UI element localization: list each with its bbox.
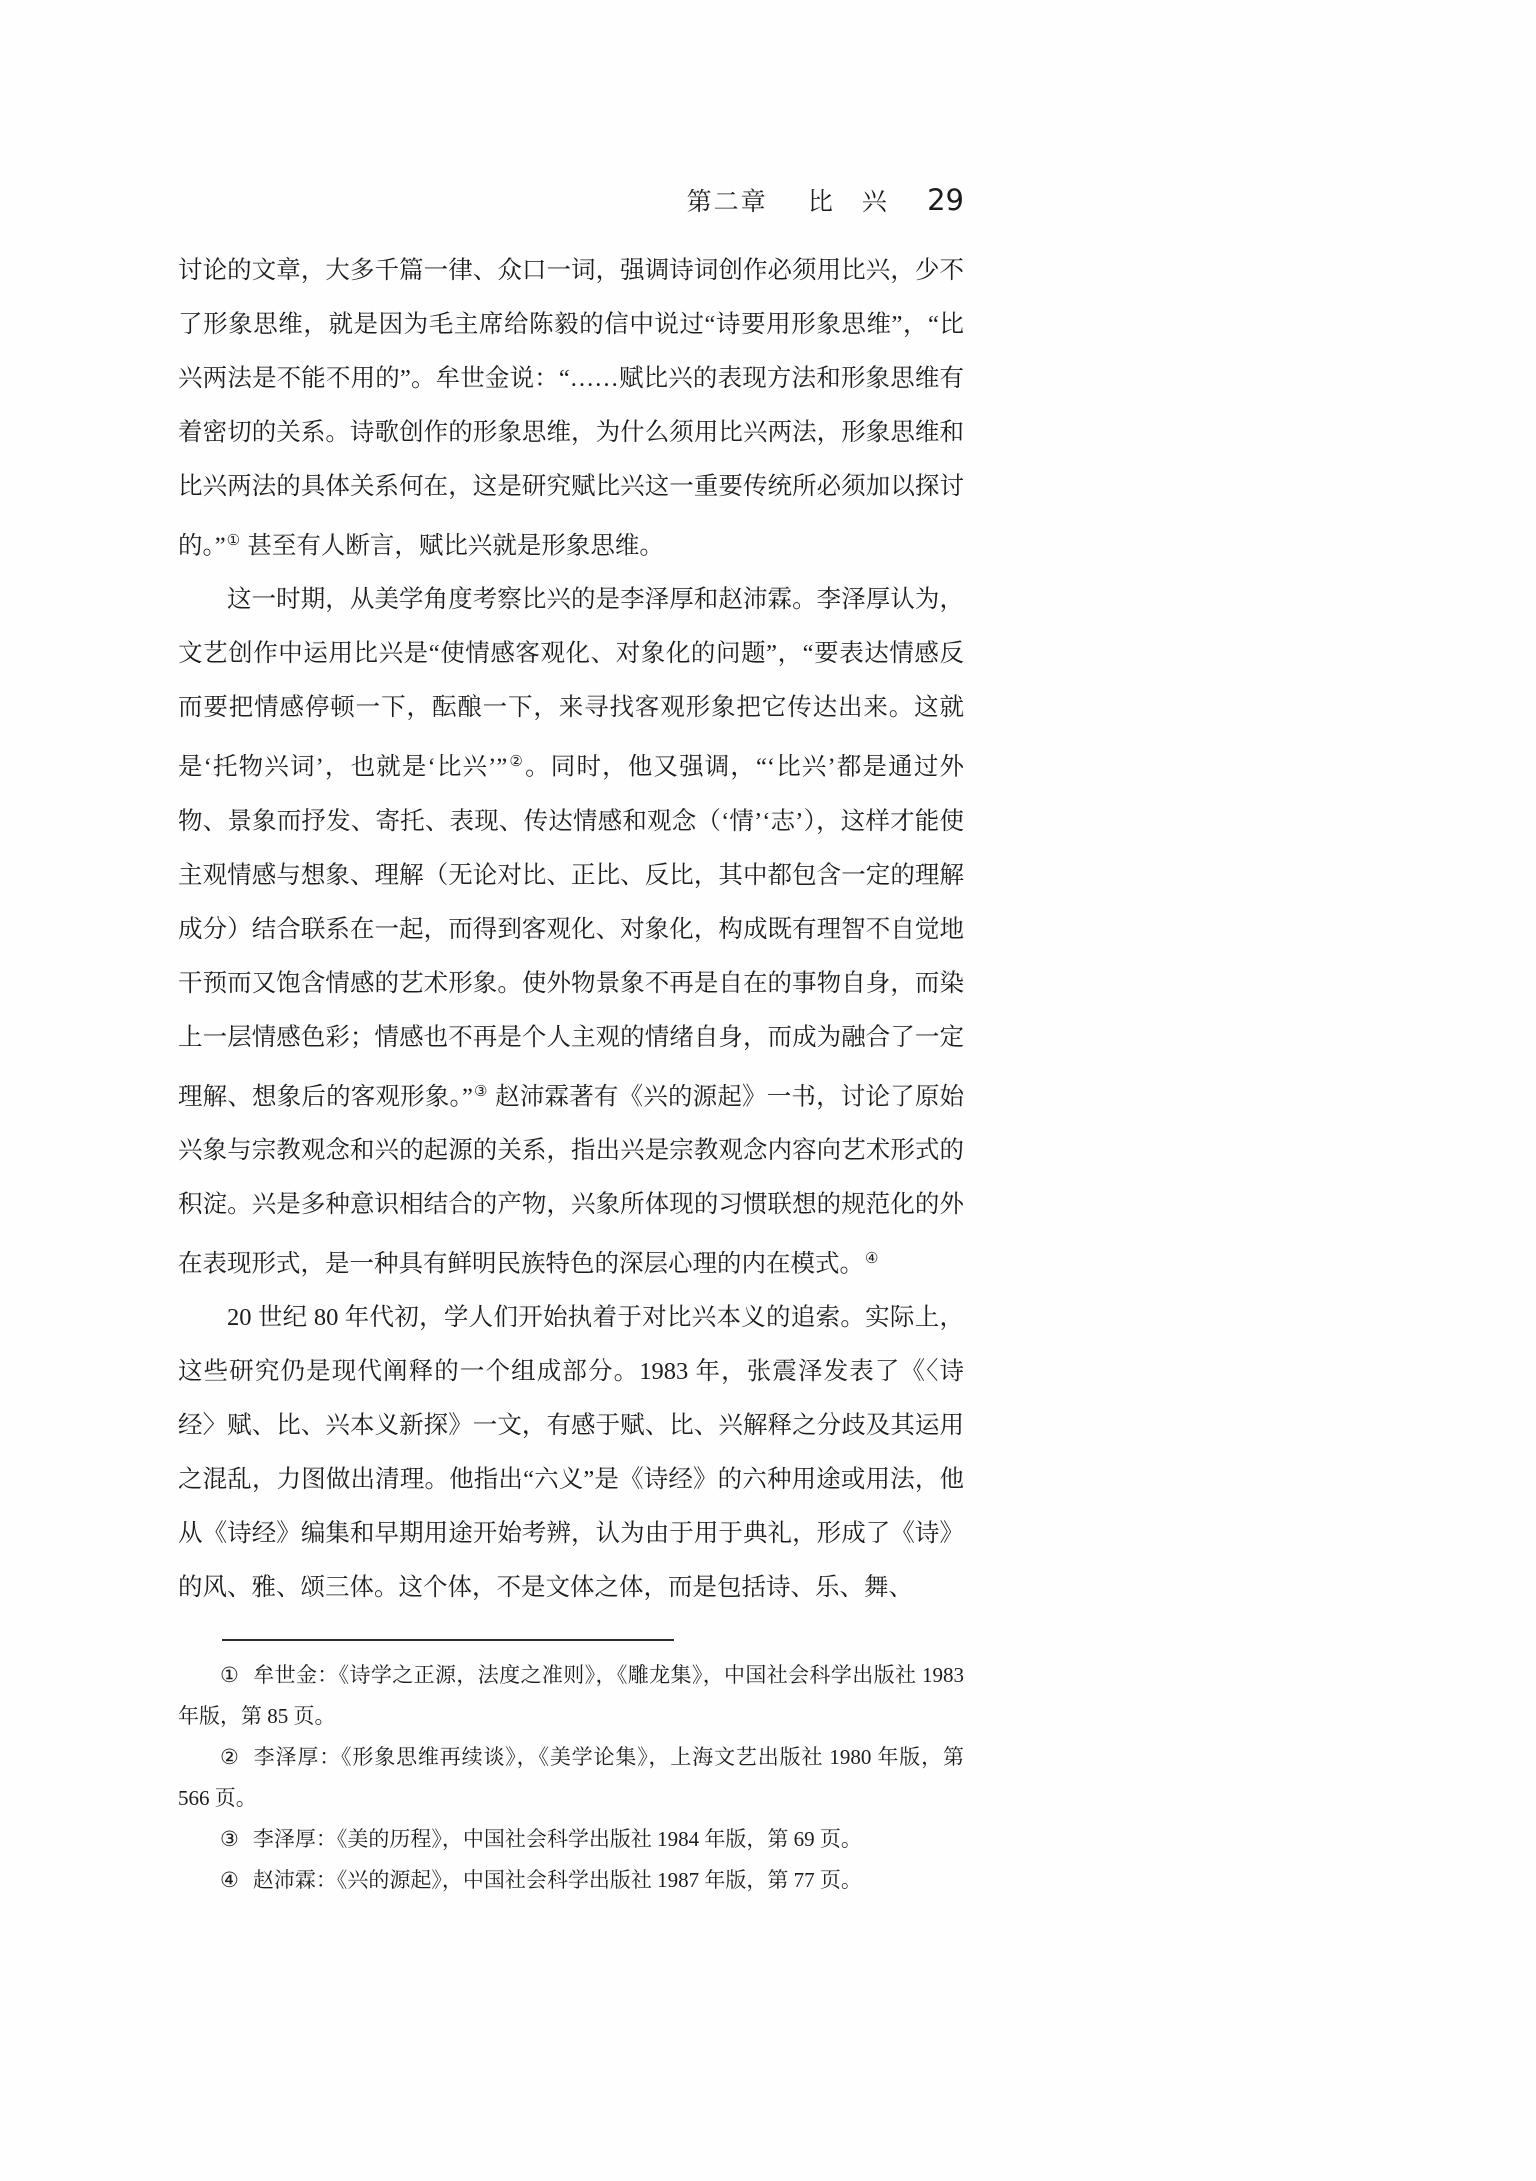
- paragraph: 这一时期，从美学角度考察比兴的是李泽厚和赵沛霖。李泽厚认为，文艺创作中运用比兴是…: [178, 573, 964, 1291]
- text-column: 讨论的文章，大多千篇一律、众口一词，强调诗词创作必须用比兴，少不了形象思维，就是…: [178, 244, 964, 1901]
- body-text: 讨论的文章，大多千篇一律、众口一词，强调诗词创作必须用比兴，少不了形象思维，就是…: [178, 244, 964, 1615]
- footnote-marker: ④: [220, 1868, 239, 1892]
- footnote-ref: ④: [864, 1250, 880, 1267]
- paragraph-text: 这一时期，从美学角度考察比兴的是李泽厚和赵沛霖。李泽厚认为，文艺创作中运用比兴是…: [178, 586, 964, 780]
- paragraph-text: 20 世纪 80 年代初，学人们开始执着于对比兴本义的追索。实际上，这些研究仍是…: [178, 1304, 964, 1601]
- footnote: ④赵沛霖：《兴的源起》，中国社会科学出版社 1987 年版，第 77 页。: [178, 1860, 964, 1901]
- paragraph-text: 。同时，他又强调，“‘比兴’都是通过外物、景象而抒发、寄托、表现、传达情感和观念…: [178, 754, 964, 1110]
- footnote-text: 赵沛霖：《兴的源起》，中国社会科学出版社 1987 年版，第 77 页。: [253, 1868, 862, 1892]
- footnote-text: 李泽厚：《美的历程》，中国社会科学出版社 1984 年版，第 69 页。: [253, 1827, 862, 1851]
- book-page: 第二章 比 兴 29 讨论的文章，大多千篇一律、众口一词，强调诗词创作必须用比兴…: [0, 0, 1536, 2181]
- footnote: ①牟世金：《诗学之正源，法度之准则》，《雕龙集》，中国社会科学出版社 1983 …: [178, 1655, 964, 1737]
- paragraph: 20 世纪 80 年代初，学人们开始执着于对比兴本义的追索。实际上，这些研究仍是…: [178, 1291, 964, 1615]
- footnote-separator: [222, 1639, 674, 1641]
- footnote-marker: ③: [220, 1827, 239, 1851]
- footnote-text: 李泽厚：《形象思维再续谈》，《美学论集》，上海文艺出版社 1980 年版，第 5…: [178, 1745, 964, 1810]
- footnote-marker: ②: [220, 1745, 240, 1769]
- footnote-ref: ①: [226, 532, 242, 549]
- page-number: 29: [927, 183, 964, 217]
- footnote-ref: ②: [507, 753, 525, 770]
- chapter-label: 第二章: [687, 189, 768, 216]
- footnote-marker: ①: [220, 1663, 239, 1687]
- paragraph-text: 赵沛霖著有《兴的源起》一书，讨论了原始兴象与宗教观念和兴的起源的关系，指出兴是宗…: [178, 1083, 964, 1277]
- footnotes: ①牟世金：《诗学之正源，法度之准则》，《雕龙集》，中国社会科学出版社 1983 …: [178, 1655, 964, 1901]
- section-title: 比 兴: [808, 189, 889, 216]
- paragraph-text: 讨论的文章，大多千篇一律、众口一词，强调诗词创作必须用比兴，少不了形象思维，就是…: [178, 257, 964, 559]
- footnote-ref: ③: [473, 1083, 489, 1100]
- footnote: ③李泽厚：《美的历程》，中国社会科学出版社 1984 年版，第 69 页。: [178, 1819, 964, 1860]
- paragraph-text: 甚至有人断言，赋比兴就是形象思维。: [241, 532, 664, 559]
- paragraph: 讨论的文章，大多千篇一律、众口一词，强调诗词创作必须用比兴，少不了形象思维，就是…: [178, 244, 964, 573]
- page-header: 第二章 比 兴 29: [178, 182, 964, 218]
- footnote: ②李泽厚：《形象思维再续谈》，《美学论集》，上海文艺出版社 1980 年版，第 …: [178, 1737, 964, 1819]
- footnote-text: 牟世金：《诗学之正源，法度之准则》，《雕龙集》，中国社会科学出版社 1983 年…: [178, 1663, 964, 1728]
